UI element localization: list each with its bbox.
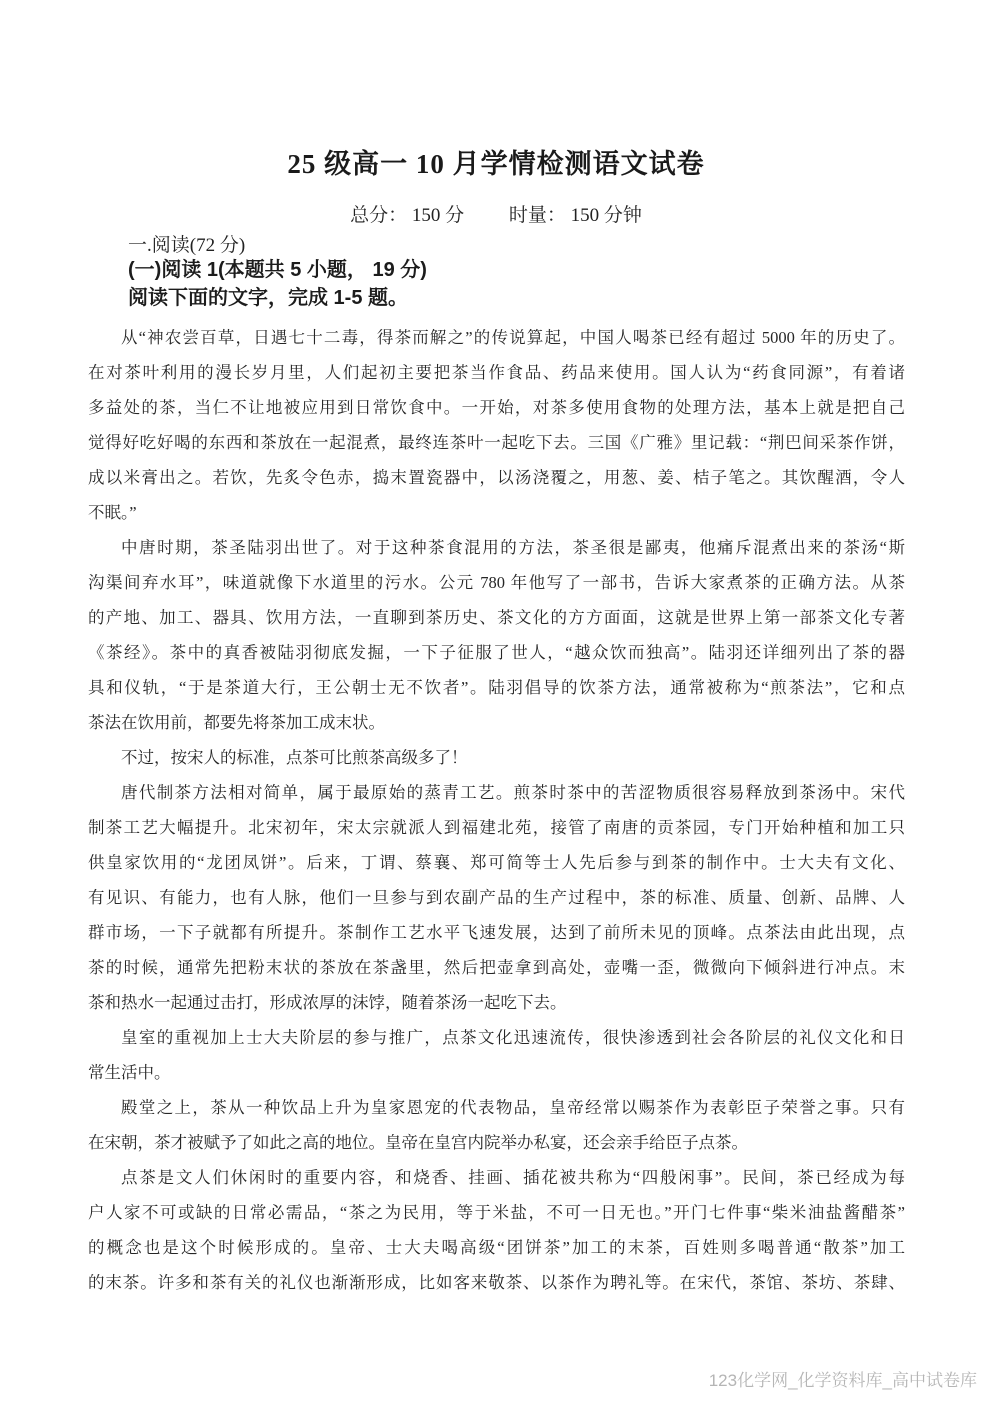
passage-line: 不眠。”	[88, 495, 905, 530]
passage-line: 多益处的茶，当仁不让地被应用到日常饮食中。一开始，对茶多使用食物的处理方法，基本…	[88, 390, 905, 425]
passage-line: 的产地、加工、器具、饮用方法，一直聊到茶历史、茶文化的方方面面，这就是世界上第一…	[88, 600, 905, 635]
passage-line: 茶的时候，通常先把粉末状的茶放在茶盏里，然后把壶拿到高处，壶嘴一歪，微微向下倾斜…	[88, 950, 905, 985]
passage-line: 茶法在饮用前，都要先将茶加工成末状。	[88, 705, 905, 740]
watermark-text: 123化学网_化学资料库_高中试卷库	[709, 1370, 977, 1392]
passage-line: 制茶工艺大幅提升。北宋初年，宋太宗就派人到福建北苑，接管了南唐的贡茶园，专门开始…	[88, 810, 905, 845]
passage-line: 殿堂之上，茶从一种饮品上升为皇家恩宠的代表物品，皇帝经常以赐茶作为表彰臣子荣誉之…	[88, 1090, 905, 1125]
passage-line: 常生活中。	[88, 1055, 905, 1090]
exam-paper-page: 25 级高一 10 月学情检测语文试卷 总分： 150 分 时量： 150 分钟…	[0, 0, 992, 1403]
passage-line: 《茶经》。茶中的真香被陆羽彻底发掘，一下子征服了世人，“越众饮而独高”。陆羽还详…	[88, 635, 905, 670]
total-score-label: 总分： 150 分	[350, 205, 464, 226]
passage-line: 的概念也是这个时候形成的。皇帝、士大夫喝高级“团饼茶”加工的末茶，百姓则多喝普通…	[88, 1230, 905, 1265]
passage-line: 的末茶。许多和茶有关的礼仪也渐渐形成，比如客来敬茶、以茶作为聘礼等。在宋代，茶馆…	[88, 1265, 905, 1300]
passage-line: 点茶是文人们休闲时的重要内容，和烧香、挂画、插花被共称为“四般闲事”。民间，茶已…	[88, 1160, 905, 1195]
passage-line: 在宋朝，茶才被赋予了如此之高的地位。皇帝在皇宫内院举办私宴，还会亲手给臣子点茶。	[88, 1125, 905, 1160]
reading-instruction: 阅读下面的文字，完成 1-5 题。	[128, 285, 408, 311]
passage-line: 供皇家饮用的“龙团凤饼”。后来，丁谓、蔡襄、郑可简等士人先后参与到茶的制作中。士…	[88, 845, 905, 880]
passage-line: 茶和热水一起通过击打，形成浓厚的沫饽，随着茶汤一起吃下去。	[88, 985, 905, 1020]
passage-line: 具和仪轨，“于是茶道大行，王公朝士无不饮者”。陆羽倡导的饮茶方法，通常被称为“煎…	[88, 670, 905, 705]
passage-line: 户人家不可或缺的日常必需品，“茶之为民用，等于米盐，不可一日无也。”开门七件事“…	[88, 1195, 905, 1230]
passage-line: 皇室的重视加上士大夫阶层的参与推广，点茶文化迅速流传，很快渗透到社会各阶层的礼仪…	[88, 1020, 905, 1055]
section-heading: 一.阅读(72 分)	[128, 233, 245, 258]
subsection-heading: (一)阅读 1(本题共 5 小题， 19 分)	[128, 257, 427, 283]
passage-line: 不过，按宋人的标准，点茶可比煎茶高级多了！	[88, 740, 905, 775]
passage-line: 中唐时期，茶圣陆羽出世了。对于这种茶食混用的方法，茶圣很是鄙夷，他痛斥混煮出来的…	[88, 530, 905, 565]
passage-line: 从“神农尝百草，日遇七十二毒，得茶而解之”的传说算起，中国人喝茶已经有超过 50…	[88, 320, 905, 355]
passage-line: 有见识、有能力，也有人脉，他们一旦参与到农副产品的生产过程中，茶的标准、质量、创…	[88, 880, 905, 915]
passage-line: 觉得好吃好喝的东西和茶放在一起混煮，最终连茶叶一起吃下去。三国《广雅》里记载：“…	[88, 425, 905, 460]
passage-line: 群市场，一下子就都有所提升。茶制作工艺水平飞速发展，达到了前所未见的顶峰。点茶法…	[88, 915, 905, 950]
exam-meta: 总分： 150 分 时量： 150 分钟	[0, 203, 992, 229]
reading-passage: 从“神农尝百草，日遇七十二毒，得茶而解之”的传说算起，中国人喝茶已经有超过 50…	[88, 320, 905, 1300]
time-limit-label: 时量： 150 分钟	[509, 205, 642, 226]
passage-line: 成以米膏出之。若饮，先炙令色赤，捣末置瓷器中，以汤浇覆之，用葱、姜、桔子笔之。其…	[88, 460, 905, 495]
passage-line: 沟渠间弃水耳”，味道就像下水道里的污水。公元 780 年他写了一部书，告诉大家煮…	[88, 565, 905, 600]
passage-line: 在对茶叶利用的漫长岁月里，人们起初主要把茶当作食品、药品来使用。国人认为“药食同…	[88, 355, 905, 390]
page-title: 25 级高一 10 月学情检测语文试卷	[0, 147, 992, 181]
passage-line: 唐代制茶方法相对简单，属于最原始的蒸青工艺。煎茶时茶中的苦涩物质很容易释放到茶汤…	[88, 775, 905, 810]
